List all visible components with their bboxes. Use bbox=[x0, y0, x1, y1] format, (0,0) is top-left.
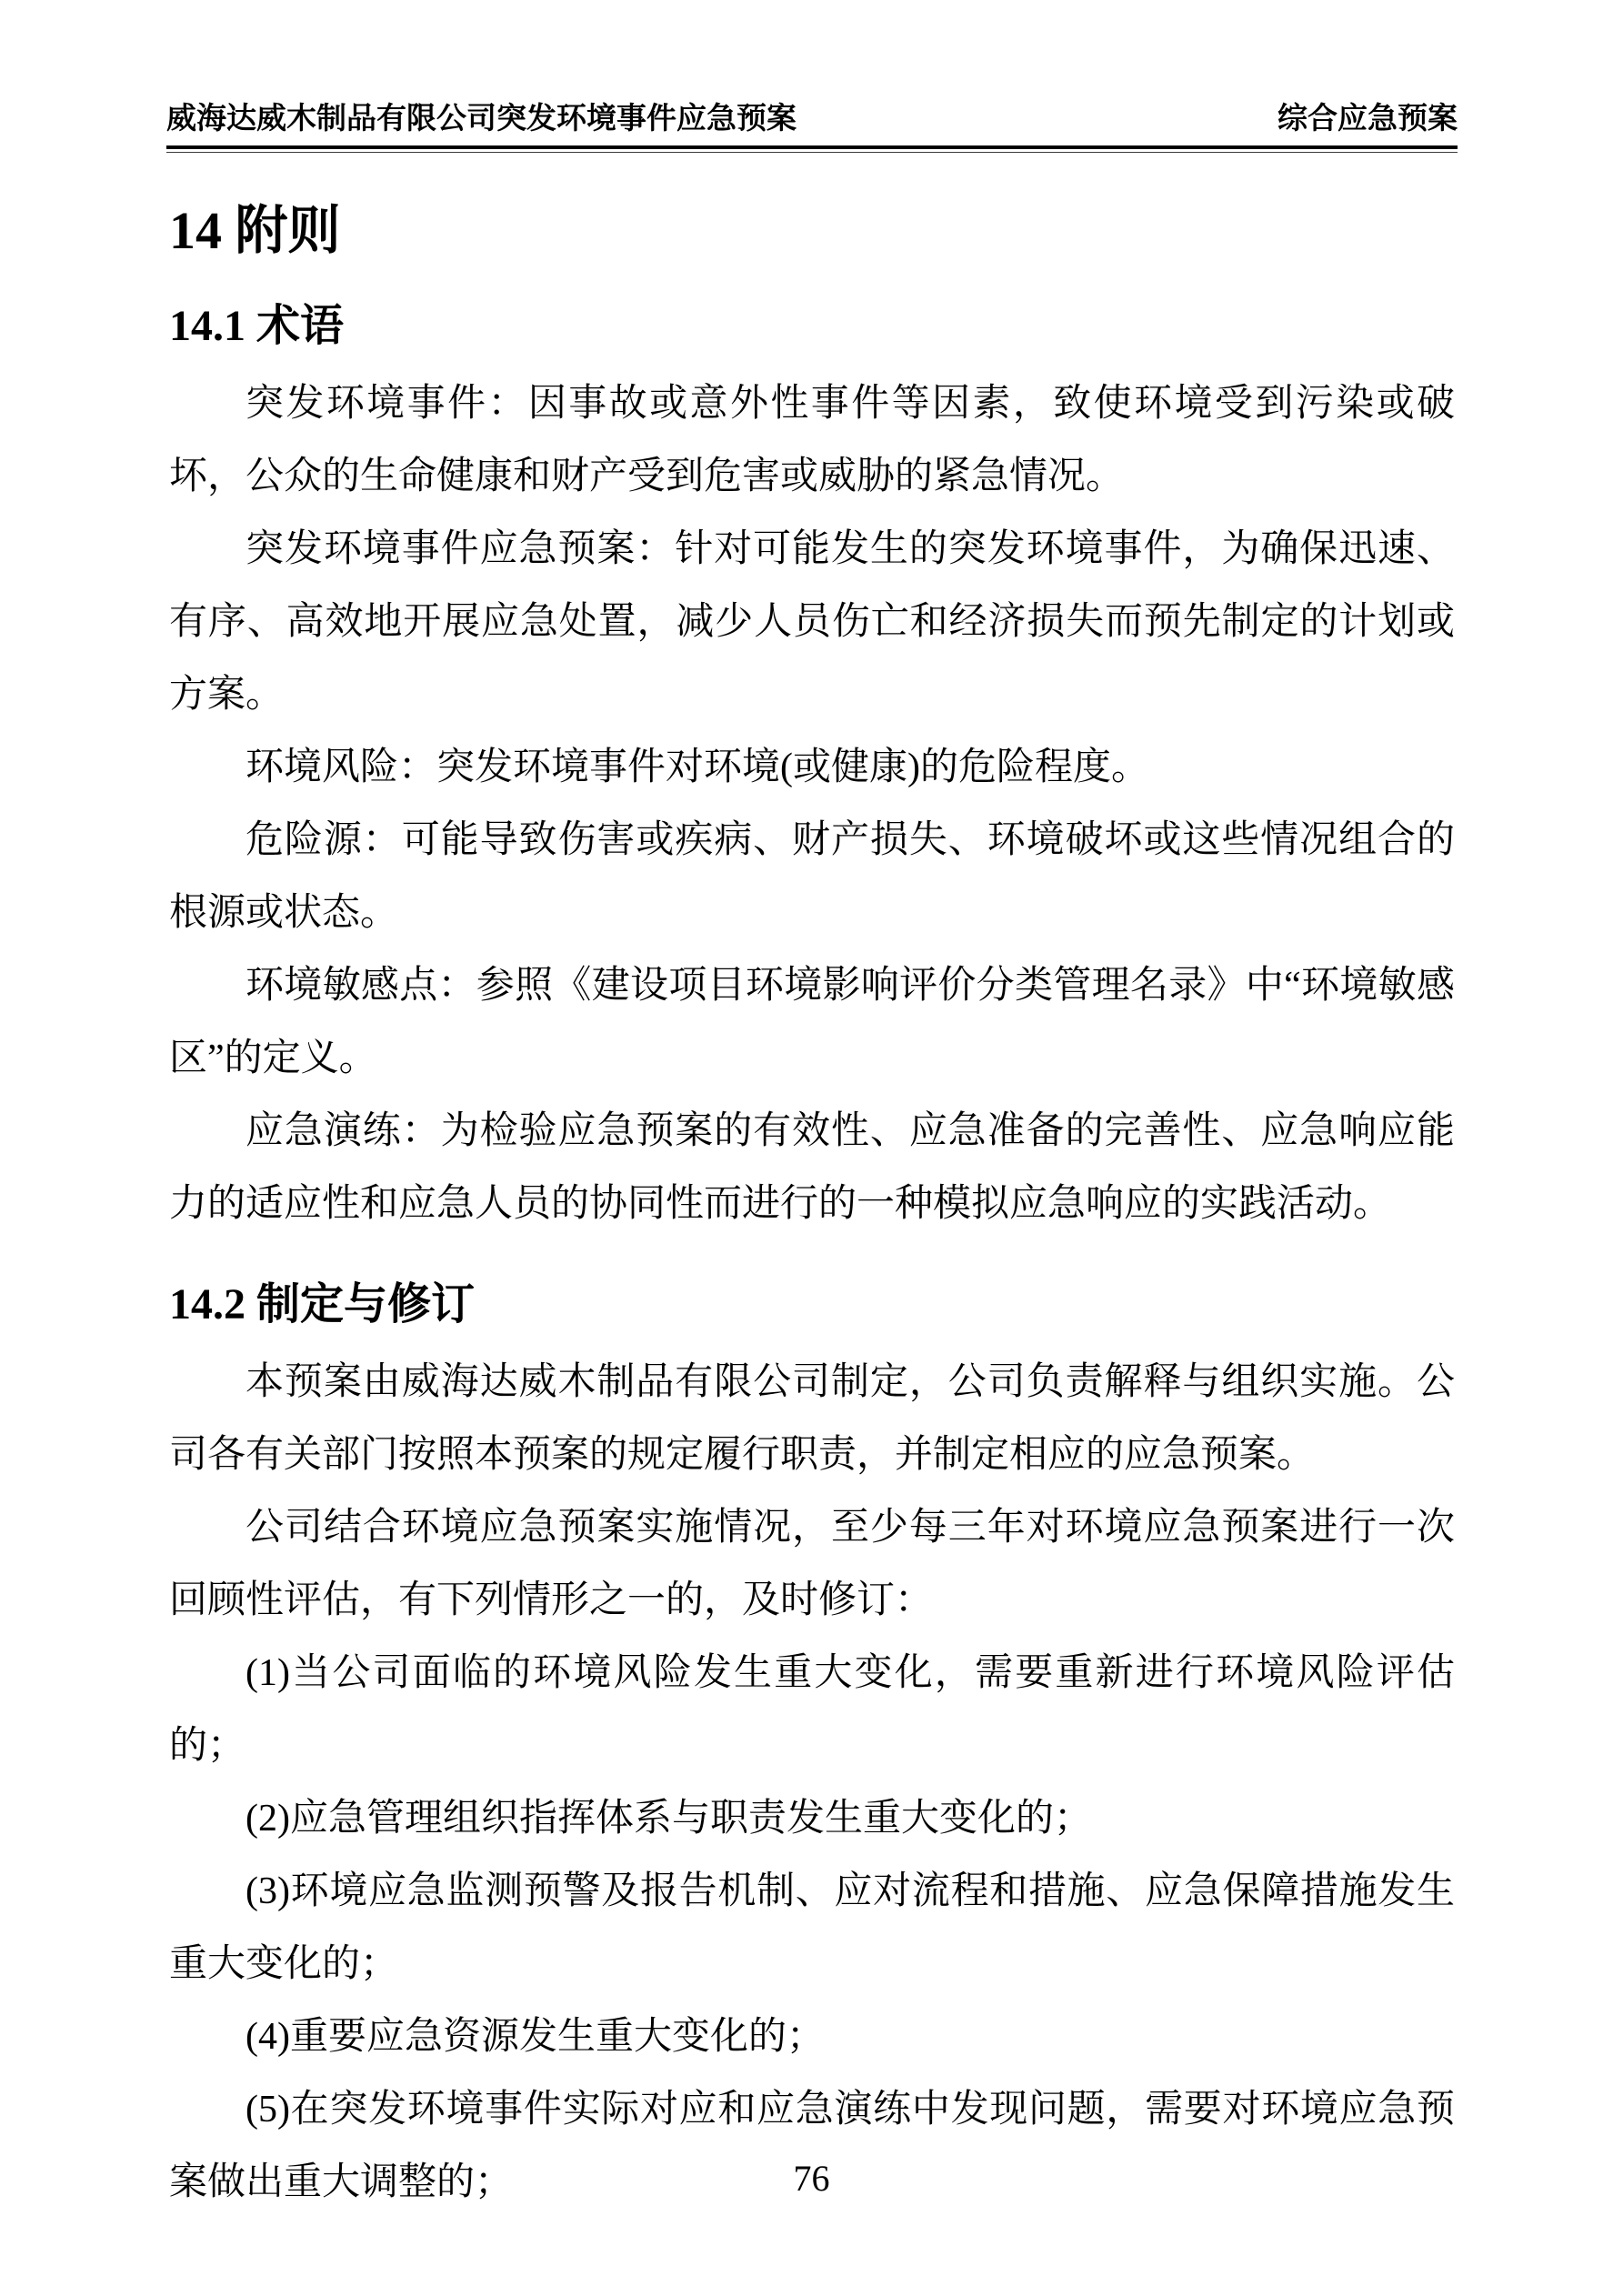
paragraph: 环境风险：突发环境事件对环境(或健康)的危险程度。 bbox=[169, 731, 1455, 804]
paragraph: 危险源：可能导致伤害或疾病、财产损失、环境破坏或这些情况组合的根源或状态。 bbox=[169, 804, 1455, 949]
list-item-1: (1)当公司面临的环境风险发生重大变化，需要重新进行环境风险评估的； bbox=[169, 1637, 1455, 1782]
paragraph: 公司结合环境应急预案实施情况，至少每三年对环境应急预案进行一次回顾性评估，有下列… bbox=[169, 1491, 1455, 1637]
section-heading-14-1: 14.1 术语 bbox=[169, 300, 1455, 353]
chapter-title: 14 附则 bbox=[169, 198, 1455, 264]
document-body: 14 附则 14.1 术语 突发环境事件：因事故或意外性事件等因素，致使环境受到… bbox=[169, 0, 1455, 2219]
paragraph: 突发环境事件：因事故或意外性事件等因素，致使环境受到污染或破坏，公众的生命健康和… bbox=[169, 367, 1455, 513]
paragraph: 应急演练：为检验应急预案的有效性、应急准备的完善性、应急响应能力的适应性和应急人… bbox=[169, 1095, 1455, 1240]
paragraph: 环境敏感点：参照《建设项目环境影响评价分类管理名录》中“环境敏感区”的定义。 bbox=[169, 949, 1455, 1095]
list-item-2: (2)应急管理组织指挥体系与职责发生重大变化的； bbox=[169, 1782, 1455, 1855]
list-item-3: (3)环境应急监测预警及报告机制、应对流程和措施、应急保障措施发生重大变化的； bbox=[169, 1855, 1455, 2000]
section-heading-14-2: 14.2 制定与修订 bbox=[169, 1278, 1455, 1331]
document-page: 威海达威木制品有限公司突发环境事件应急预案 综合应急预案 14 附则 14.1 … bbox=[0, 0, 1623, 2296]
page-number: 76 bbox=[0, 2157, 1623, 2201]
paragraph: 突发环境事件应急预案：针对可能发生的突发环境事件，为确保迅速、有序、高效地开展应… bbox=[169, 513, 1455, 731]
list-item-4: (4)重要应急资源发生重大变化的； bbox=[169, 2000, 1455, 2073]
paragraph: 本预案由威海达威木制品有限公司制定，公司负责解释与组织实施。公司各有关部门按照本… bbox=[169, 1346, 1455, 1491]
